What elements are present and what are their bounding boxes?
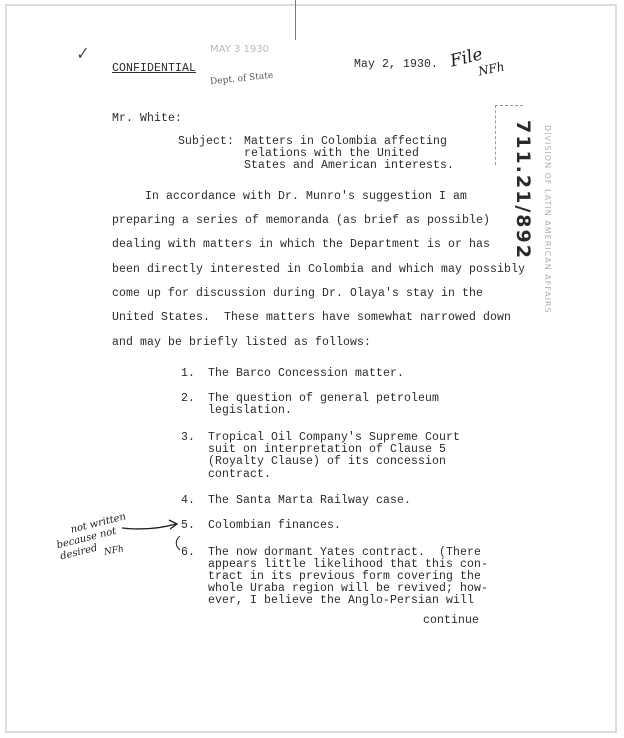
stamp-bracket-top bbox=[495, 105, 523, 107]
addressee: Mr. White: bbox=[112, 112, 182, 126]
subject-label: Subject: bbox=[178, 135, 234, 149]
arrow-annotation-icon bbox=[120, 516, 182, 562]
received-date-stamp: MAY 3 1930 bbox=[210, 44, 269, 55]
scan-fold-line bbox=[295, 0, 296, 40]
classification-label: CONFIDENTIAL bbox=[112, 62, 196, 76]
stamp-bracket-side bbox=[495, 105, 497, 165]
document-date: May 2, 1930. bbox=[354, 58, 438, 72]
division-stamp: DIVISION OF LATIN AMERICAN AFFAIRS bbox=[543, 125, 552, 314]
file-number-stamp: 711.21/892 bbox=[512, 120, 534, 260]
continuation-note: continue bbox=[423, 614, 479, 628]
